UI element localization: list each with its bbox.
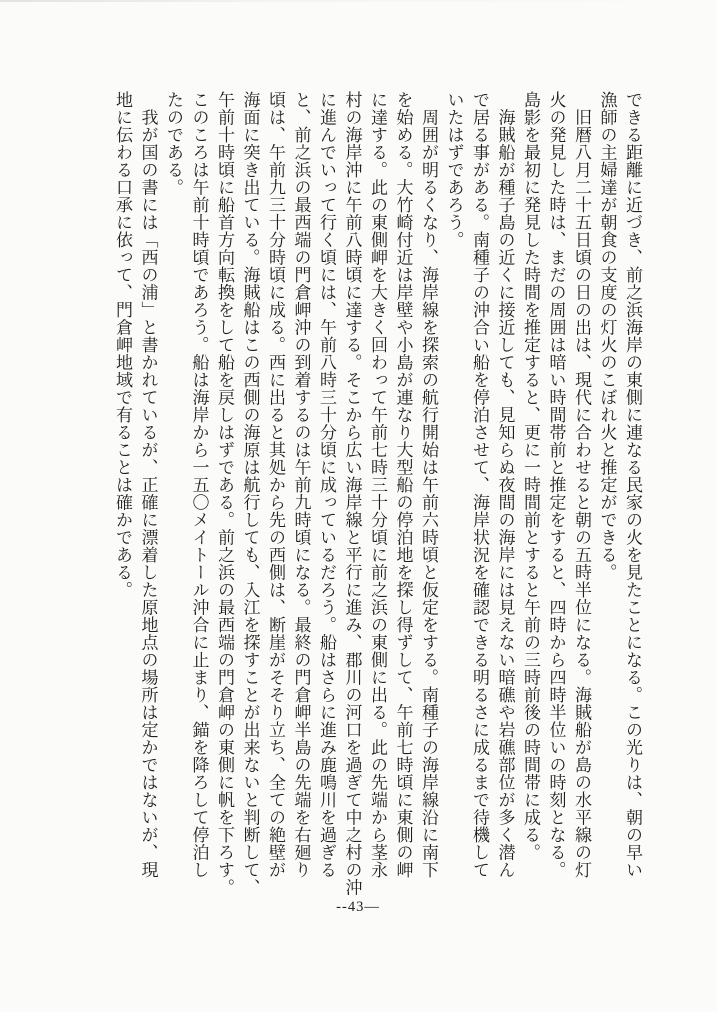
text-column-15: 頃は、午前九三十分時頃に成る。西に出ると其処から先の西側は、断崖がそそり立ち、全… [263,91,289,903]
text-column-21: 地に伝わる口承に依って、門倉岬地域で有ることは確かである。 [110,91,136,903]
vertical-text-block: できる距離に近づき、前之浜海岸の東側に連なる民家の火を見たことになる。この光りは… [109,91,645,909]
scan-edge-artifact [0,0,717,2]
text-column-11: に達する。此の東側岬を大きく回わって午前七時三十分頃に前之浜の東側に出る。此の先… [365,91,391,903]
text-column-19: たのである。 [161,91,187,903]
text-column-17: 午前十時頃に船首方向転換をして船を戻しはずである。前之浜の最西端の門倉岬の東側に… [212,91,238,903]
text-column-18: このころは午前十時頃であろう。船は海岸から一五〇メイトール沖合に止まり、錨を降ろ… [186,91,212,903]
text-column-06: 海賊船が種子島の近くに接近しても、見知らぬ夜間の海岸には見えない暗礁や岩礁部位が… [492,91,518,903]
text-column-02: 漁師の主婦達が朝食の支度の灯火のこぼれ火と推定ができる。 [594,91,620,903]
text-column-09: 周囲が明るくなり、海岸線を探索の航行開始は午前六時頃と仮定をする。南種子の海岸線… [416,91,442,903]
text-column-08: いたはずであろう。 [441,91,467,903]
text-column-01: できる距離に近づき、前之浜海岸の東側に連なる民家の火を見たことになる。この光りは… [620,91,646,903]
text-column-04: 火の発見した時は、まだの周囲は暗い時間帯前と推定をすると、四時から四時半位いの時… [543,91,569,903]
text-column-13: に進んでいって行く頃には、午前八時三十分頃に成っているだろう。船はさらに進み鹿鳴… [314,91,340,903]
scanned-document-page: できる距離に近づき、前之浜海岸の東側に連なる民家の火を見たことになる。この光りは… [0,0,717,1012]
text-column-05: 島影を最初に発見した時間を推定すると、更に一時間前とすると午前の三時前後の時間帯… [518,91,544,903]
text-column-03: 旧暦八月二十五日頃の日の出は、現代に合わせると朝の五時半位になる。海賊船が島の水… [569,91,595,903]
page-number: --43— [300,899,416,916]
text-column-14: と、前之浜の最西端の門倉岬沖の到着するのは午前九時頃になる。最終の門倉岬半島の先… [288,91,314,903]
text-column-07: で居る事がある。南種子の沖合い船を停泊させて、海岸状況を確認できる明るさに成るま… [467,91,493,903]
text-column-20: 我が国の書には「西の浦」と書かれているが、正確に漂着した原地点の場所は定かではな… [135,91,161,903]
text-column-12: 村の海岸沖に午前八時頃に達する。そこから広い海岸線と平行に進み、郡川の河口を過ぎ… [339,91,365,903]
text-column-10: を始める。大竹崎付近は岸壁や小島が連なり大型船の停泊地を探し得ずして、午前七時頃… [390,91,416,903]
text-column-16: 海面に突き出ている。海賊船はこの西側の海原は航行しても、入江を探すことが出来ない… [237,91,263,903]
